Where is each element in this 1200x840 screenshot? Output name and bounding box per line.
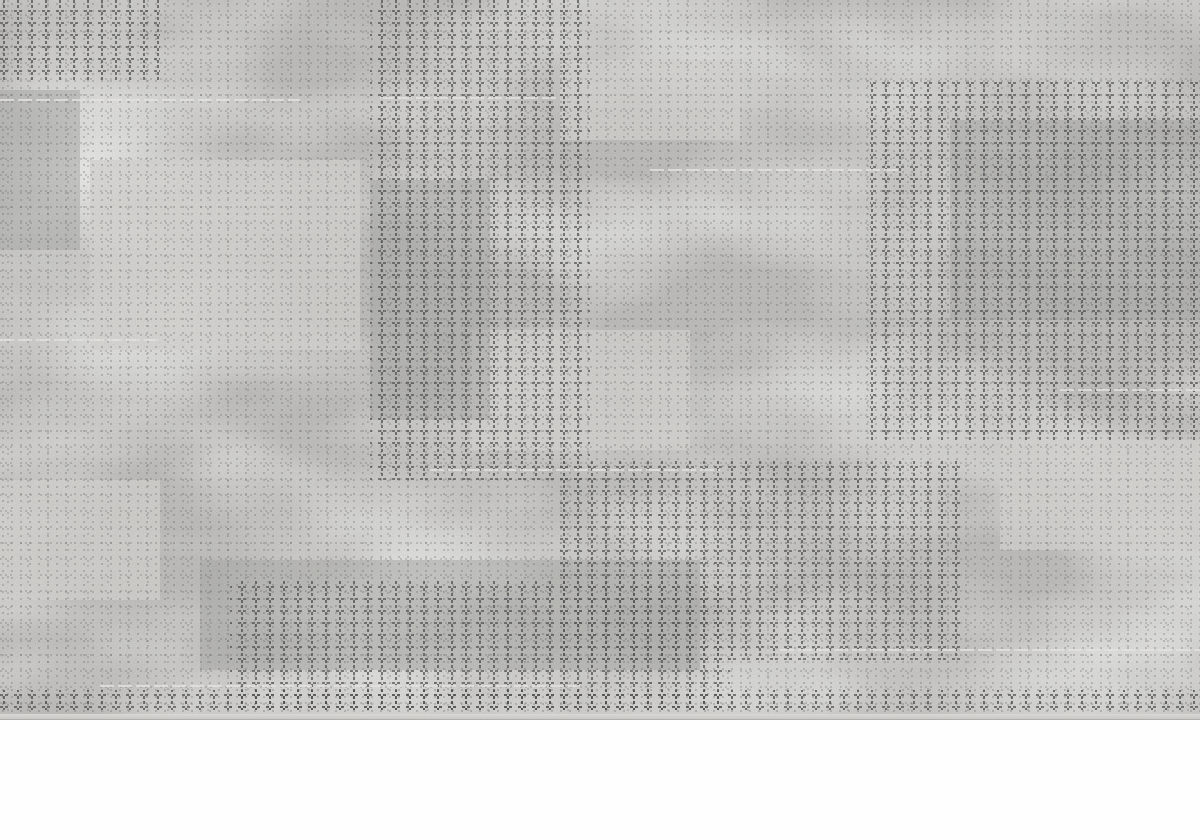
rug-pattern (0, 0, 1200, 714)
white-background (0, 720, 1200, 840)
rug-texture (0, 0, 1200, 714)
